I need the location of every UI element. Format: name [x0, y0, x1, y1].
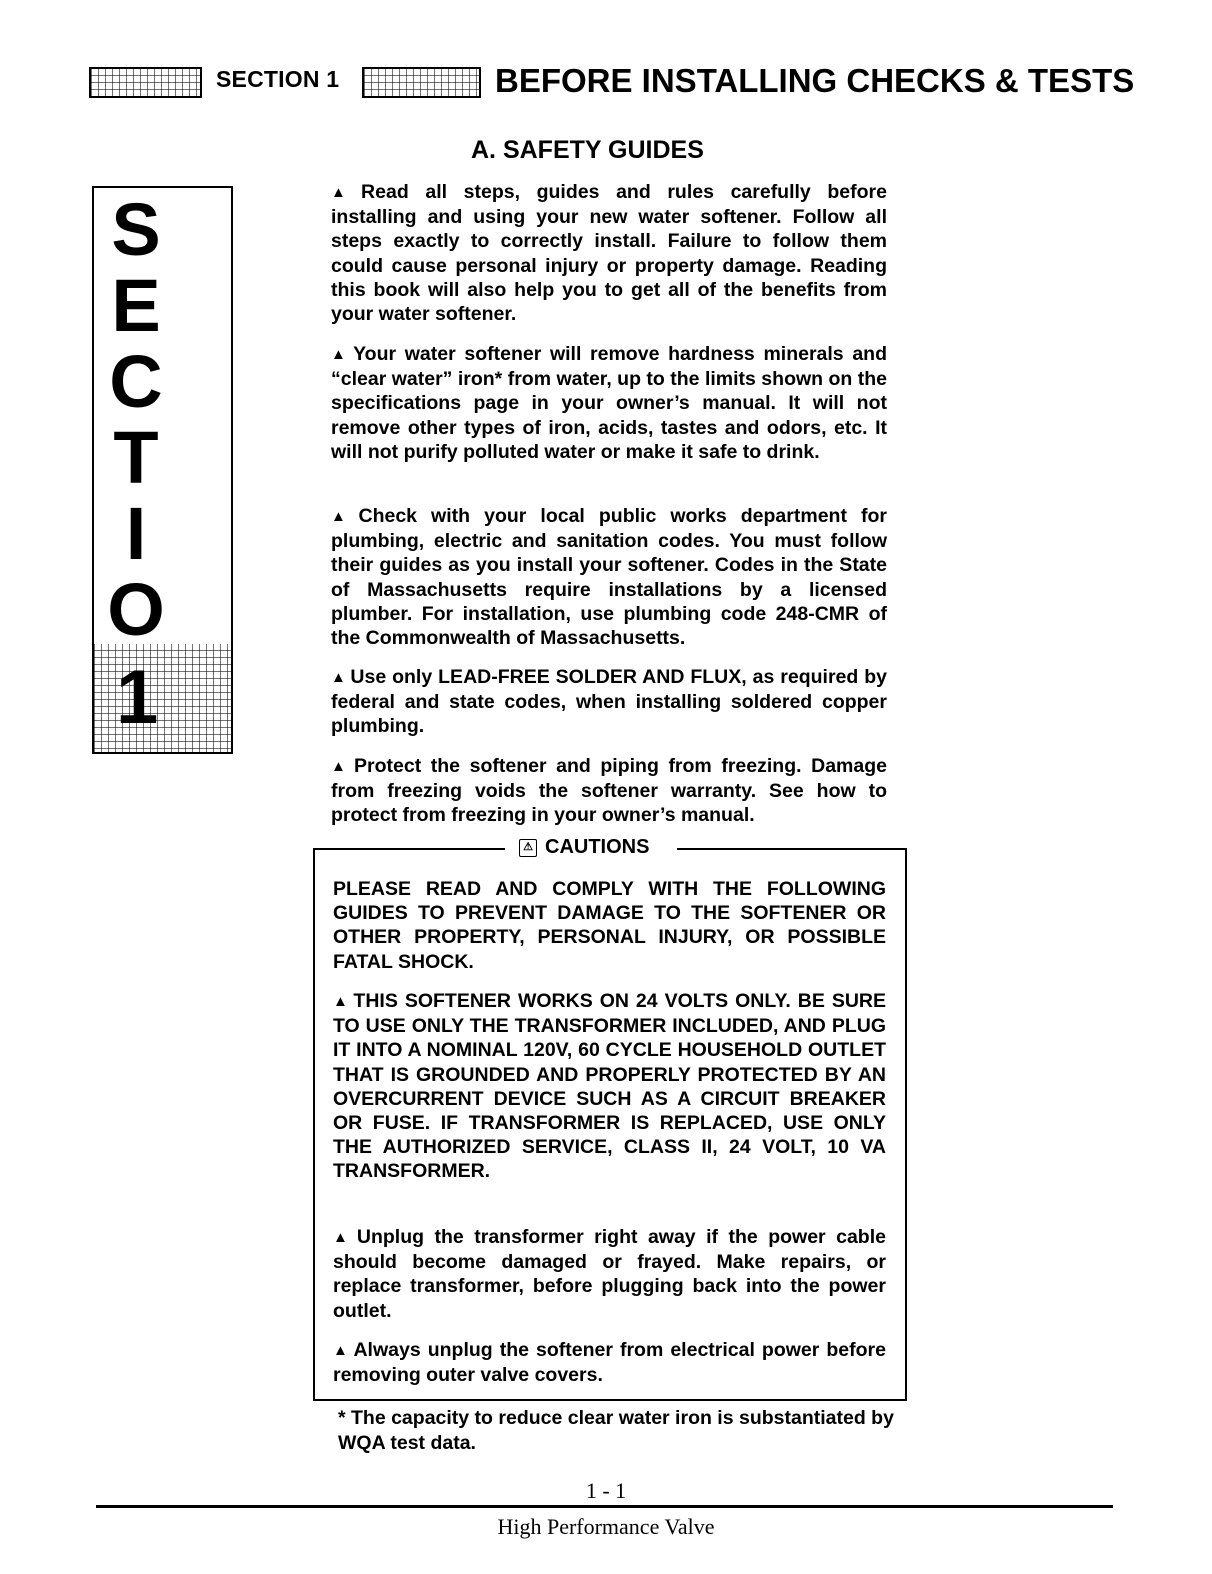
header-pattern-block-right [362, 67, 481, 98]
page-number: 1 - 1 [0, 1478, 1212, 1504]
side-letter: I [106, 496, 166, 572]
warning-icon: ⚠ [519, 839, 537, 857]
bullet-triangle-icon: ▲ [331, 346, 349, 363]
bullet-triangle-icon: ▲ [331, 758, 350, 775]
page-title: BEFORE INSTALLING CHECKS & TESTS [495, 62, 1134, 100]
side-letter: E [106, 268, 166, 344]
bullet-triangle-icon: ▲ [333, 1229, 353, 1246]
side-letter: C [106, 344, 166, 420]
safety-guide-paragraph: ▲Read all steps, guides and rules carefu… [331, 180, 887, 326]
footnote: * The capacity to reduce clear water iro… [338, 1406, 928, 1455]
safety-guide-paragraph: ▲Your water softener will remove hardnes… [331, 342, 887, 464]
caution-item: ▲Always unplug the softener from electri… [333, 1338, 886, 1387]
bullet-triangle-icon: ▲ [333, 993, 349, 1010]
safety-guide-paragraph: ▲Protect the softener and piping from fr… [331, 754, 887, 828]
bullet-triangle-icon: ▲ [331, 184, 357, 201]
cautions-intro: PLEASE READ AND COMPLY WITH THE FOLLOWIN… [333, 877, 886, 974]
header-pattern-block-left [89, 67, 202, 98]
section-label: SECTION 1 [216, 66, 339, 93]
caution-item: ▲Unplug the transformer right away if th… [333, 1225, 886, 1323]
bullet-triangle-icon: ▲ [331, 508, 354, 525]
bullet-triangle-icon: ▲ [331, 669, 346, 686]
side-letter: T [106, 420, 166, 496]
safety-guide-paragraph: ▲Check with your local public works depa… [331, 504, 887, 650]
side-letter: O [106, 572, 166, 648]
section-side-tab: S E C T I O N 1 [92, 186, 233, 754]
bullet-triangle-icon: ▲ [333, 1342, 349, 1359]
side-tab-number-block: 1 [94, 644, 231, 752]
footer-divider [96, 1505, 1113, 1508]
cautions-title: ⚠ CAUTIONS [505, 836, 677, 859]
side-tab-number: 1 [116, 648, 158, 748]
section-heading: A. SAFETY GUIDES [471, 136, 704, 165]
safety-guide-paragraph: ▲Use only LEAD-FREE SOLDER AND FLUX, as … [331, 665, 887, 739]
caution-item: ▲THIS SOFTENER WORKS ON 24 VOLTS ONLY. B… [333, 989, 886, 1184]
footer-title: High Performance Valve [0, 1514, 1212, 1540]
side-letter: S [106, 192, 166, 268]
